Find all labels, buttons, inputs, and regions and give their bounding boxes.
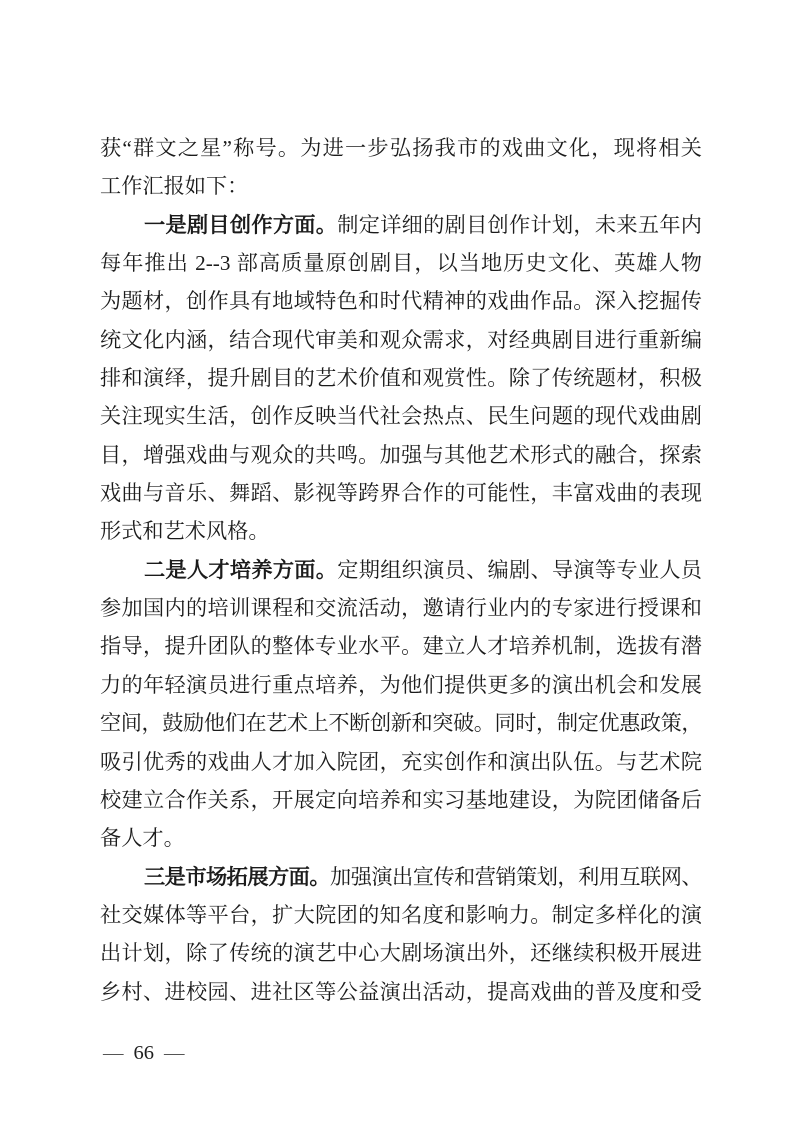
text-line: 为题材，创作具有地域特色和时代精神的戏曲作品。深入挖掘传 <box>100 282 702 320</box>
text-line: 排和演绎，提升剧目的艺术价值和观赏性。除了传统题材，积极 <box>100 359 702 397</box>
text-line: 出计划，除了传统的演艺中心大剧场演出外，还继续积极开展进 <box>100 934 702 972</box>
text-line: 关注现实生活，创作反映当代社会热点、民生问题的现代戏曲剧 <box>100 397 702 435</box>
section-heading: 三是市场拓展方面。 <box>144 865 330 889</box>
section-heading: 二是人才培养方面。 <box>144 558 337 582</box>
text-line: 备人才。 <box>100 819 702 857</box>
text-line: 目，增强戏曲与观众的共鸣。加强与其他艺术形式的融合，探索 <box>100 436 702 474</box>
text-line: 社交媒体等平台，扩大院团的知名度和影响力。制定多样化的演 <box>100 896 702 934</box>
text-line: 获“群文之星”称号。为进一步弘扬我市的戏曲文化，现将相关 <box>100 129 702 167</box>
text-line: 力的年轻演员进行重点培养，为他们提供更多的演出机会和发展 <box>100 666 702 704</box>
page-number: 66 <box>134 1042 155 1064</box>
text-line: 形式和艺术风格。 <box>100 512 702 550</box>
document-body: 获“群文之星”称号。为进一步弘扬我市的戏曲文化，现将相关工作汇报如下：一是剧目创… <box>100 129 702 1011</box>
text-line: 参加国内的培训课程和交流活动，邀请行业内的专家进行授课和 <box>100 589 702 627</box>
text-line: 一是剧目创作方面。制定详细的剧目创作计划，未来五年内 <box>100 206 702 244</box>
text-line: 三是市场拓展方面。加强演出宣传和营销策划，利用互联网、 <box>100 858 702 896</box>
text-line: 指导，提升团队的整体专业水平。建立人才培养机制，选拔有潜 <box>100 627 702 665</box>
section-heading: 一是剧目创作方面。 <box>144 213 337 237</box>
text-line: 二是人才培养方面。定期组织演员、编剧、导演等专业人员 <box>100 551 702 589</box>
text-line: 吸引优秀的戏曲人才加入院团，充实创作和演出队伍。与艺术院 <box>100 743 702 781</box>
text-line: 戏曲与音乐、舞蹈、影视等跨界合作的可能性，丰富戏曲的表现 <box>100 474 702 512</box>
page-number-right-dash: — <box>164 1042 185 1064</box>
text-line: 乡村、进校园、进社区等公益演出活动，提高戏曲的普及度和受 <box>100 973 702 1011</box>
text-line: 统文化内涵，结合现代审美和观众需求，对经典剧目进行重新编 <box>100 321 702 359</box>
page-footer: —66— <box>103 1040 185 1066</box>
text-line: 每年推出 2--3 部高质量原创剧目，以当地历史文化、英雄人物 <box>100 244 702 282</box>
text-line: 空间，鼓励他们在艺术上不断创新和突破。同时，制定优惠政策， <box>100 704 702 742</box>
document-page: 获“群文之星”称号。为进一步弘扬我市的戏曲文化，现将相关工作汇报如下：一是剧目创… <box>0 0 793 1122</box>
text-line: 工作汇报如下： <box>100 167 702 205</box>
page-number-left-dash: — <box>103 1042 124 1064</box>
text-line: 校建立合作关系，开展定向培养和实习基地建设，为院团储备后 <box>100 781 702 819</box>
